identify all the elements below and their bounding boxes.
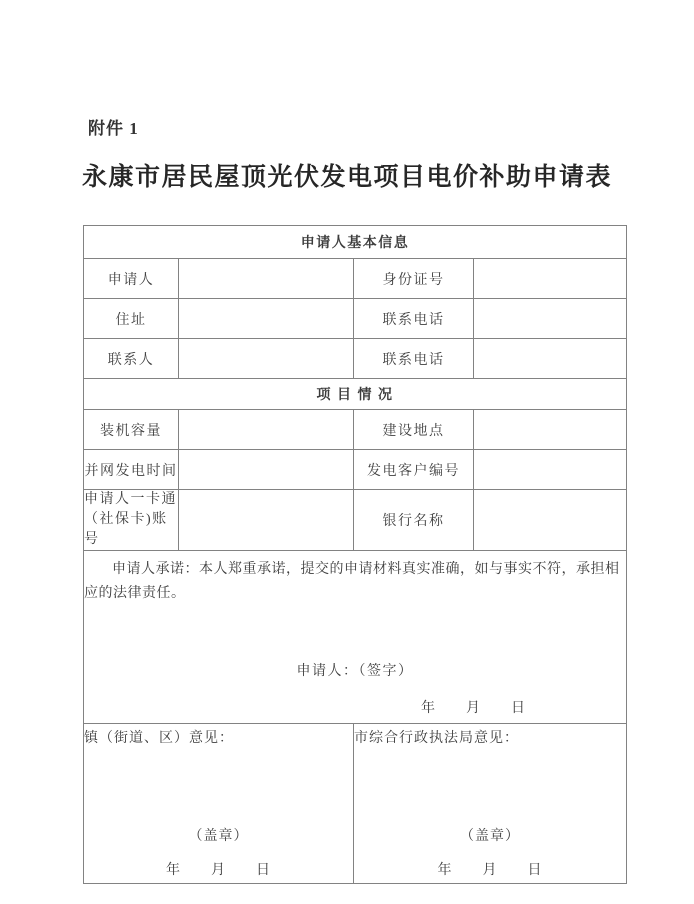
field-value-bank-name bbox=[474, 490, 627, 551]
field-value-contact-phone-2 bbox=[474, 339, 627, 379]
field-value-installed-capacity bbox=[179, 410, 354, 450]
field-label-line-1: 申请人一卡通 bbox=[84, 490, 178, 510]
field-label-applicant: 申请人 bbox=[84, 259, 179, 299]
field-value-applicant bbox=[179, 259, 354, 299]
commitment-date-placeholder: 年 月 日 bbox=[84, 697, 626, 717]
page-title: 永康市居民屋顶光伏发电项目电价补助申请表 bbox=[40, 157, 654, 193]
field-value-contact-phone-1 bbox=[474, 299, 627, 339]
field-label-id-number: 身份证号 bbox=[354, 259, 474, 299]
town-opinion-cell: 镇（街道、区）意见： （盖章） 年 月 日 bbox=[84, 724, 354, 884]
field-value-id-number bbox=[474, 259, 627, 299]
field-label-construction-site: 建设地点 bbox=[354, 410, 474, 450]
field-value-address bbox=[179, 299, 354, 339]
section-header-basic-info: 申请人基本信息 bbox=[84, 226, 627, 259]
field-value-construction-site bbox=[474, 410, 627, 450]
city-bureau-opinion-title: 市综合行政执法局意见： bbox=[354, 729, 626, 749]
field-value-power-customer-number bbox=[474, 450, 627, 490]
city-bureau-stamp-label: （盖章） bbox=[354, 825, 626, 845]
field-label-grid-connection-time: 并网发电时间 bbox=[84, 450, 179, 490]
field-label-installed-capacity: 装机容量 bbox=[84, 410, 179, 450]
commitment-row: 申请人承诺：本人郑重承诺，提交的申请材料真实准确，如与事实不符，承担相应的法律责… bbox=[84, 551, 627, 724]
application-form-table: 申请人基本信息 申请人 身份证号 住址 联系电话 联系人 联系电话 bbox=[83, 225, 627, 884]
table-row: 住址 联系电话 bbox=[84, 299, 627, 339]
attachment-label: 附件 1 bbox=[88, 114, 139, 139]
town-stamp-label: （盖章） bbox=[84, 825, 353, 845]
town-opinion-title: 镇（街道、区）意见： bbox=[84, 729, 353, 749]
field-label-contact-phone-2: 联系电话 bbox=[354, 339, 474, 379]
commitment-cell: 申请人承诺：本人郑重承诺，提交的申请材料真实准确，如与事实不符，承担相应的法律责… bbox=[84, 551, 627, 724]
section-row-project-info: 项 目 情 况 bbox=[84, 379, 627, 410]
field-value-contact-person bbox=[179, 339, 354, 379]
document-page: 附件 1 永康市居民屋顶光伏发电项目电价补助申请表 申请人基本信息 申请人 身份… bbox=[0, 0, 694, 904]
field-label-power-customer-number: 发电客户编号 bbox=[354, 450, 474, 490]
field-label-contact-phone-1: 联系电话 bbox=[354, 299, 474, 339]
table-row: 装机容量 建设地点 bbox=[84, 410, 627, 450]
commitment-text: 申请人承诺：本人郑重承诺，提交的申请材料真实准确，如与事实不符，承担相应的法律责… bbox=[84, 558, 626, 606]
applicant-signature-label: 申请人：（签字） bbox=[84, 660, 626, 680]
section-row-basic-info: 申请人基本信息 bbox=[84, 226, 627, 259]
town-date-placeholder: 年 月 日 bbox=[84, 859, 353, 879]
field-value-grid-connection-time bbox=[179, 450, 354, 490]
city-bureau-date-placeholder: 年 月 日 bbox=[354, 859, 626, 879]
opinions-row: 镇（街道、区）意见： （盖章） 年 月 日 市综合行政执法局意见： （盖章） 年… bbox=[84, 724, 627, 884]
field-label-contact-person: 联系人 bbox=[84, 339, 179, 379]
field-label-social-security-card-account: 申请人一卡通 （社保卡)账号 bbox=[84, 490, 179, 551]
table-row: 申请人一卡通 （社保卡)账号 银行名称 bbox=[84, 490, 627, 551]
field-label-address: 住址 bbox=[84, 299, 179, 339]
table-row: 并网发电时间 发电客户编号 bbox=[84, 450, 627, 490]
field-label-bank-name: 银行名称 bbox=[354, 490, 474, 551]
table-row: 申请人 身份证号 bbox=[84, 259, 627, 299]
section-header-project-info: 项 目 情 况 bbox=[84, 379, 627, 410]
city-bureau-opinion-cell: 市综合行政执法局意见： （盖章） 年 月 日 bbox=[354, 724, 627, 884]
table-row: 联系人 联系电话 bbox=[84, 339, 627, 379]
field-label-line-2: （社保卡)账号 bbox=[84, 510, 178, 550]
field-value-social-security-card-account bbox=[179, 490, 354, 551]
